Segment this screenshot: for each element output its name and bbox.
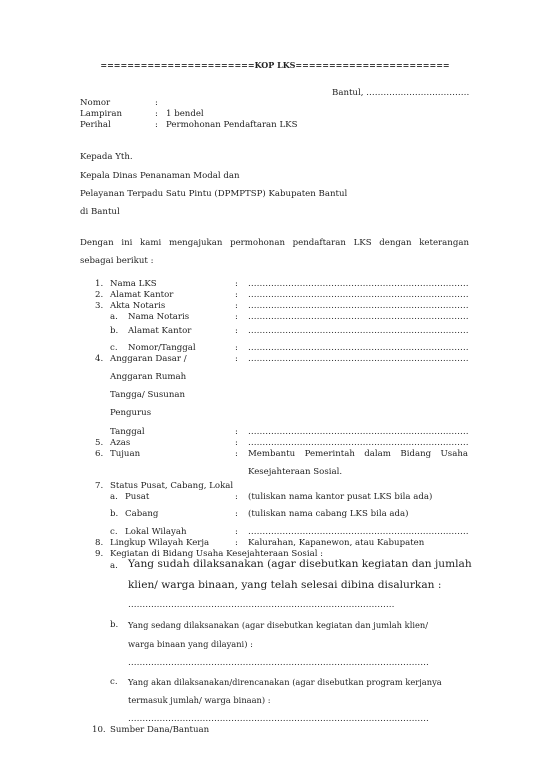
field-number: b. bbox=[110, 620, 118, 631]
field-number: c. bbox=[110, 527, 118, 538]
recipient-line: Kepada Yth. bbox=[80, 152, 133, 163]
field-colon: : bbox=[235, 290, 238, 301]
kegiatan-akan-text: Yang akan dilaksanakan/direncanakan (aga… bbox=[128, 677, 442, 688]
field-colon: : bbox=[235, 427, 238, 438]
field-label-nama-notaris: Nama Notaris bbox=[128, 312, 189, 323]
field-number: c. bbox=[110, 677, 118, 688]
kegiatan-sudah-input[interactable]: ………………………………………………………………………………… bbox=[128, 600, 468, 611]
field-number: 1. bbox=[95, 279, 103, 290]
field-number: a. bbox=[110, 561, 118, 572]
field-value-azas[interactable]: …………………………………………………………………… bbox=[248, 438, 468, 449]
field-number: 8. bbox=[95, 538, 103, 549]
field-label-continued: Pengurus bbox=[110, 408, 151, 419]
field-value-nomor-tanggal[interactable]: …………………………………………………………………… bbox=[248, 343, 468, 354]
field-colon: : bbox=[235, 509, 238, 520]
field-value-anggaran-dasar[interactable]: …………………………………………………………………… bbox=[248, 354, 468, 365]
field-colon: : bbox=[235, 527, 238, 538]
kegiatan-sedang-input[interactable]: …………………………………………………………………………………………… bbox=[128, 658, 453, 669]
field-label-azas: Azas bbox=[110, 438, 130, 449]
field-number: 9. bbox=[95, 549, 103, 560]
field-colon: : bbox=[235, 343, 238, 354]
field-value-cabang[interactable]: (tuliskan nama cabang LKS bila ada) bbox=[248, 509, 409, 520]
recipient-line: Kepala Dinas Penanaman Modal dan bbox=[80, 171, 240, 182]
field-number: 10. bbox=[92, 725, 106, 736]
field-label-alamat-kantor: Alamat Kantor bbox=[110, 290, 173, 301]
meta-label-nomor: Nomor bbox=[80, 98, 110, 109]
field-number: 3. bbox=[95, 301, 103, 312]
meta-value-lampiran: 1 bendel bbox=[166, 109, 204, 120]
kegiatan-sedang-text: Yang sedang dilaksanakan (agar disebutka… bbox=[128, 620, 428, 631]
field-number: 2. bbox=[95, 290, 103, 301]
field-value-akta-notaris[interactable]: …………………………………………………………………… bbox=[248, 301, 468, 312]
field-number: 4. bbox=[95, 354, 103, 365]
field-label-tujuan: Tujuan bbox=[110, 449, 140, 460]
field-label-akta-notaris: Akta Notaris bbox=[110, 301, 165, 312]
field-colon: : bbox=[235, 301, 238, 312]
field-label-lokal-wilayah: Lokal Wilayah bbox=[125, 527, 187, 538]
field-number: c. bbox=[110, 343, 118, 354]
field-colon: : bbox=[235, 279, 238, 290]
meta-value-perihal: Permohonan Pendaftaran LKS bbox=[166, 120, 297, 131]
field-value-alamat-kantor-notaris[interactable]: …………………………………………………………………… bbox=[248, 326, 468, 337]
field-label-tanggal: Tanggal bbox=[110, 427, 145, 438]
field-value-tanggal[interactable]: …………………………………………………………………… bbox=[248, 427, 468, 438]
field-label-continued: Tangga/ Susunan bbox=[110, 390, 185, 401]
field-label-nomor-tanggal: Nomor/Tanggal bbox=[128, 343, 196, 354]
field-value-tujuan-continued: Kesejahteraan Sosial. bbox=[248, 467, 342, 478]
field-number: 6. bbox=[95, 449, 103, 460]
field-label-anggaran-dasar: Anggaran Dasar / bbox=[110, 354, 187, 365]
field-label-status: Status Pusat, Cabang, Lokal bbox=[110, 481, 233, 492]
field-label-continued: Anggaran Rumah bbox=[110, 372, 186, 383]
field-number: b. bbox=[110, 509, 118, 520]
kegiatan-akan-text: termasuk jumlah/ warga binaan) : bbox=[128, 695, 271, 706]
recipient-line: Pelayanan Terpadu Satu Pintu (DPMPTSP) K… bbox=[80, 189, 347, 200]
field-value-lokal-wilayah[interactable]: …………………………………………………………………… bbox=[248, 527, 468, 538]
field-value-alamat-kantor[interactable]: …………………………………………………………………… bbox=[248, 290, 468, 301]
field-number: b. bbox=[110, 326, 118, 337]
field-number: a. bbox=[110, 312, 118, 323]
meta-label-lampiran: Lampiran bbox=[80, 109, 122, 120]
letterhead-placeholder: =======================KOP LKS==========… bbox=[0, 60, 550, 70]
field-value-tujuan: Membantu Pemerintah dalam Bidang Usaha bbox=[248, 449, 468, 460]
field-colon: : bbox=[235, 449, 238, 460]
kegiatan-sudah-text: Yang sudah dilaksanakan (agar disebutkan… bbox=[128, 559, 472, 570]
meta-colon: : bbox=[155, 98, 158, 109]
field-value-pusat[interactable]: (tuliskan nama kantor pusat LKS bila ada… bbox=[248, 492, 432, 503]
field-colon: : bbox=[235, 354, 238, 365]
field-colon: : bbox=[235, 492, 238, 503]
meta-label-perihal: Perihal bbox=[80, 120, 111, 131]
field-label-nama-lks: Nama LKS bbox=[110, 279, 157, 290]
meta-colon: : bbox=[155, 109, 158, 120]
field-number: a. bbox=[110, 492, 118, 503]
field-label-cabang: Cabang bbox=[125, 509, 158, 520]
recipient-line: di Bantul bbox=[80, 207, 120, 218]
kegiatan-sudah-text: klien/ warga binaan, yang telah selesai … bbox=[128, 580, 441, 591]
field-label-sumber-dana: Sumber Dana/Bantuan bbox=[110, 725, 209, 736]
field-label-pusat: Pusat bbox=[125, 492, 149, 503]
field-colon: : bbox=[235, 326, 238, 337]
field-colon: : bbox=[235, 438, 238, 449]
field-colon: : bbox=[235, 538, 238, 549]
field-number: 5. bbox=[95, 438, 103, 449]
kegiatan-akan-input[interactable]: …………………………………………………………………………………………… bbox=[128, 714, 453, 725]
field-number: 7. bbox=[95, 481, 103, 492]
field-value-lingkup-wilayah: Kalurahan, Kapanewon, atau Kabupaten bbox=[248, 538, 424, 549]
field-label-lingkup-wilayah: Lingkup Wilayah Kerja bbox=[110, 538, 209, 549]
intro-line: Dengan ini kami mengajukan permohonan pe… bbox=[80, 238, 469, 249]
field-value-nama-lks[interactable]: …………………………………………………………………… bbox=[248, 279, 468, 290]
intro-line: sebagai berikut : bbox=[80, 256, 154, 267]
place-date: Bantul, ……………………………… bbox=[332, 88, 469, 99]
field-colon: : bbox=[235, 312, 238, 323]
field-label-alamat-kantor-notaris: Alamat Kantor bbox=[128, 326, 191, 337]
field-value-nama-notaris[interactable]: …………………………………………………………………… bbox=[248, 312, 468, 323]
kegiatan-sedang-text: warga binaan yang dilayani) : bbox=[128, 639, 253, 650]
meta-colon: : bbox=[155, 120, 158, 131]
